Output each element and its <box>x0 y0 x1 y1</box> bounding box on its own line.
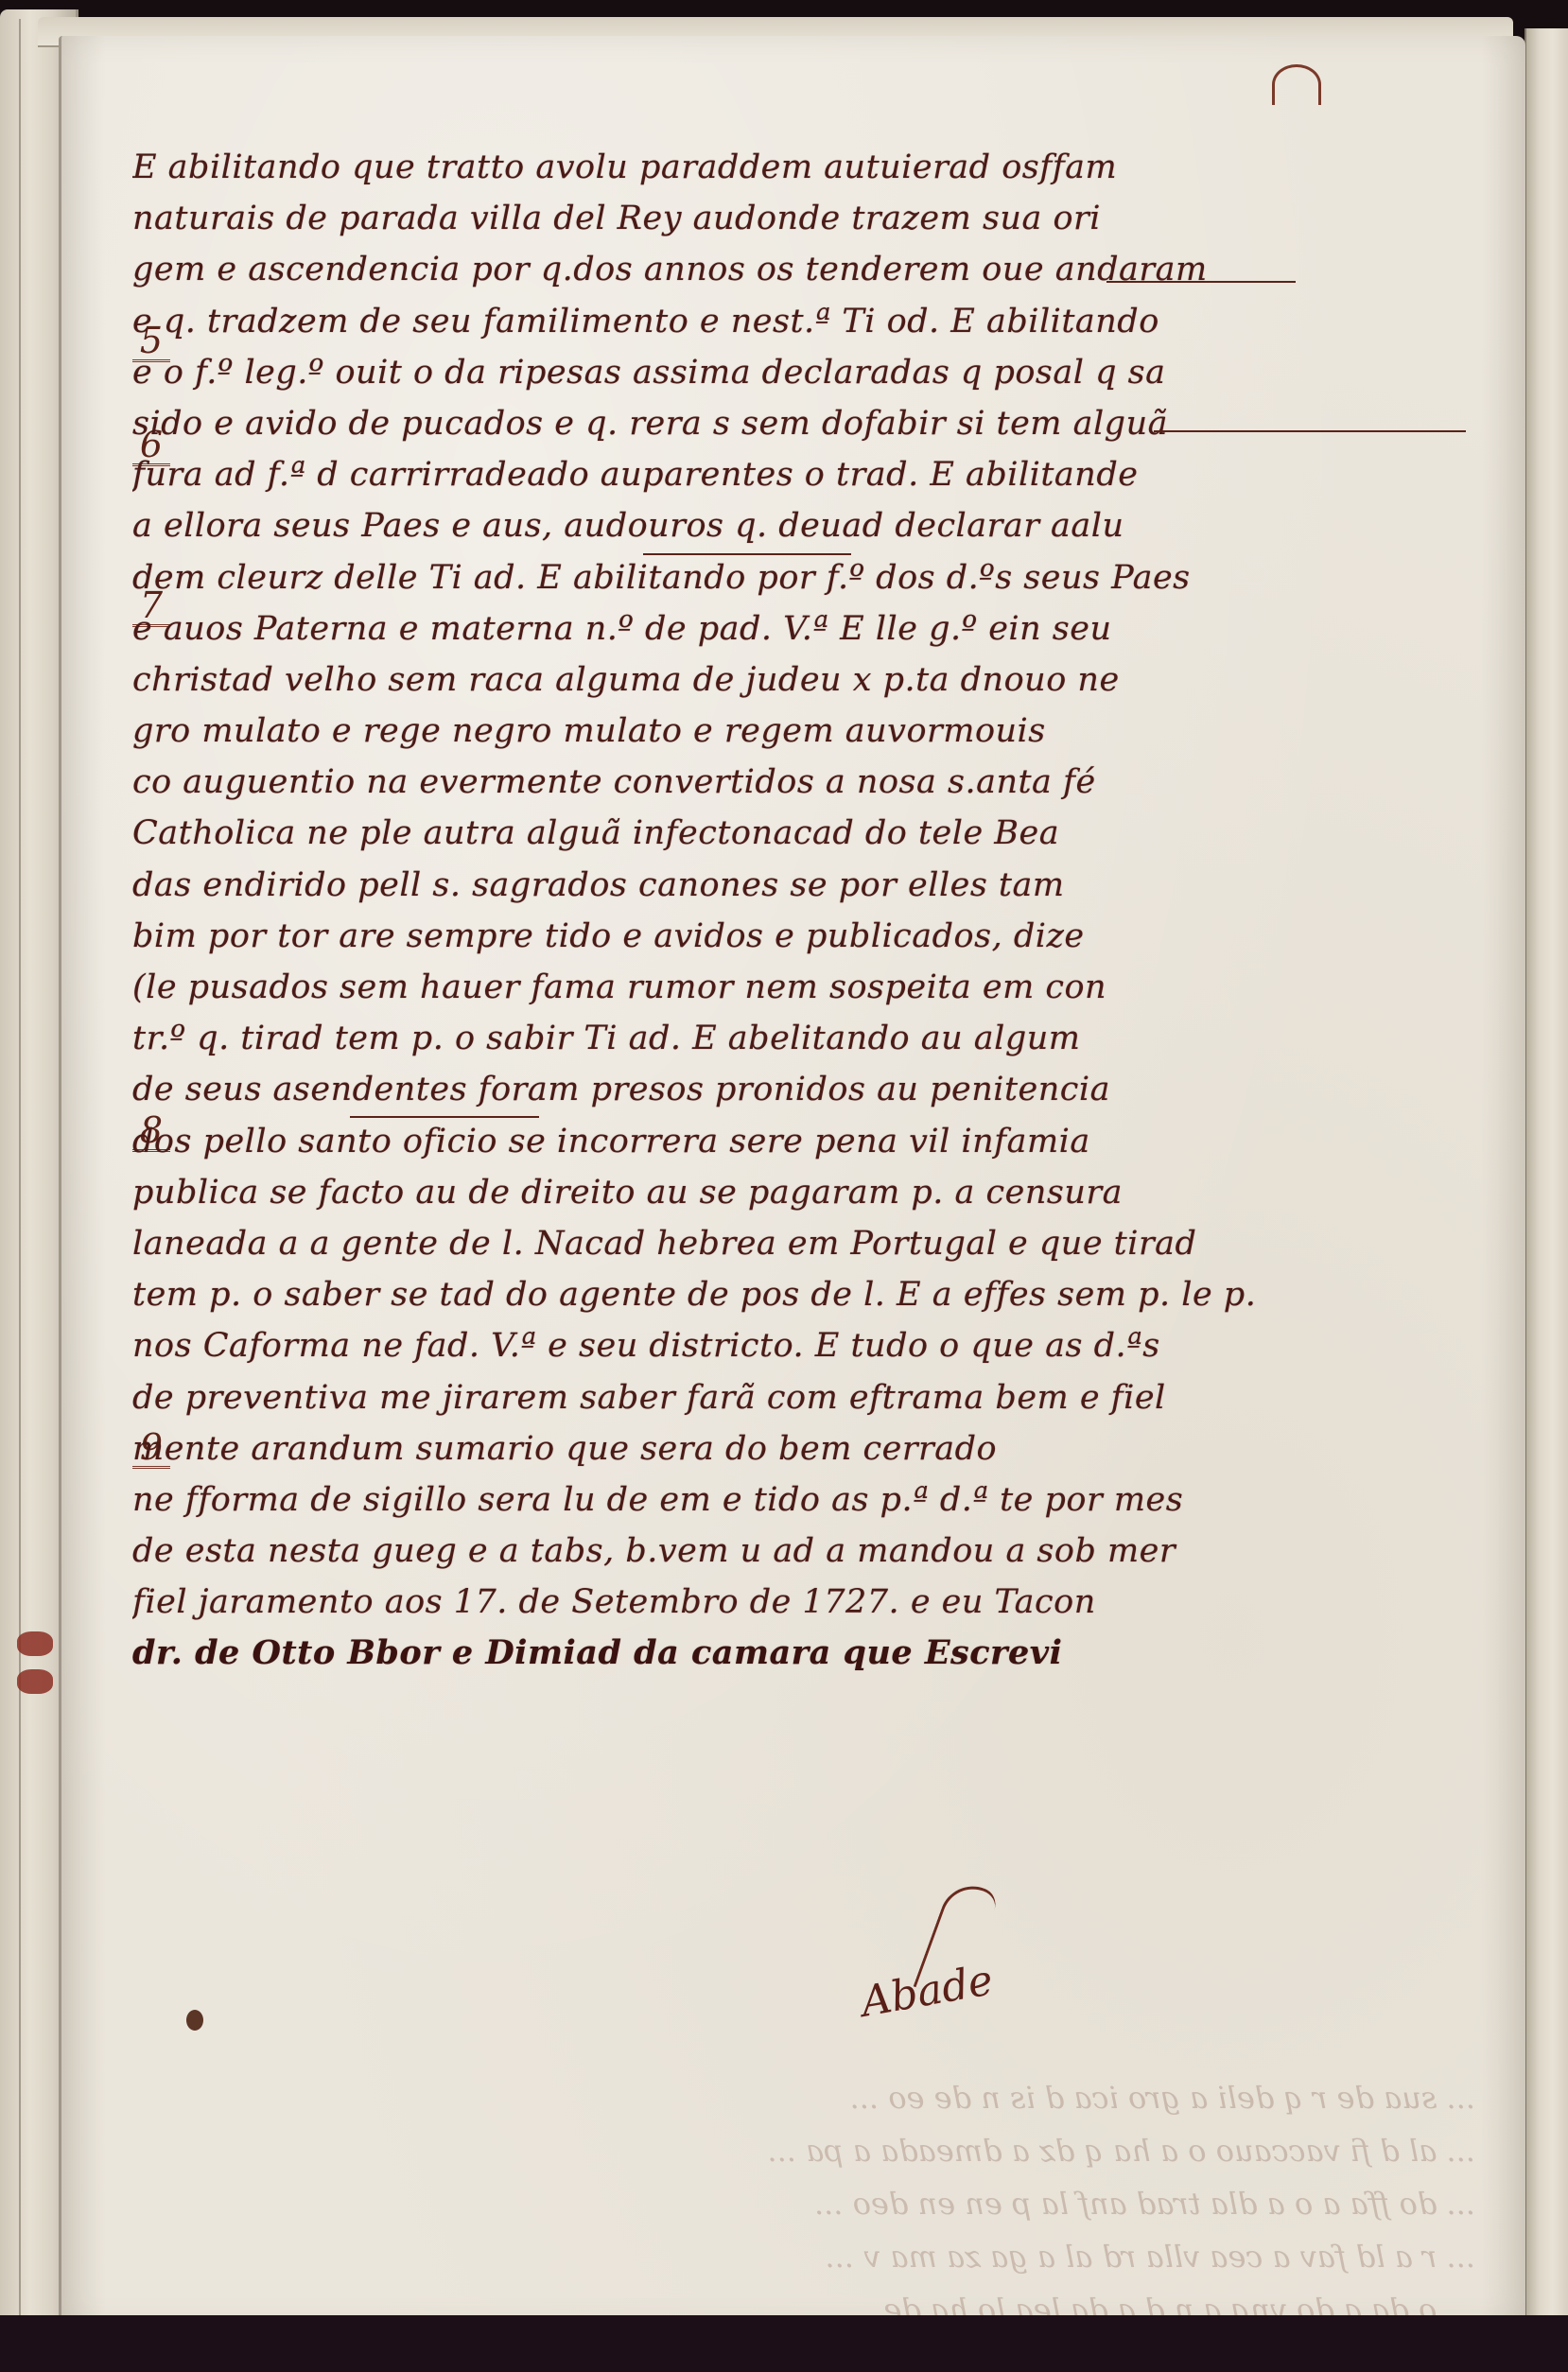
text-line: fura ad f.ª d carrirradeado auparentes o… <box>132 449 1504 500</box>
text-line: e q. tradzem de seu familimento e nest.ª… <box>132 296 1504 347</box>
text-line: de esta nesta gueg e a tabs, b.vem u ad … <box>132 1526 1504 1577</box>
text-line-date: fiel jaramento aos 17. de Setembro de 17… <box>132 1577 1504 1628</box>
text-line: naturais de parada villa del Rey audonde… <box>132 193 1504 244</box>
text-line: (le pusados sem hauer fama rumor nem sos… <box>132 962 1504 1013</box>
text-line: publica se facto au de direito au se pag… <box>132 1167 1504 1218</box>
text-line: gro mulato e rege negro mulato e regem a… <box>132 706 1504 757</box>
text-line-closing: dr. de Otto Bbor e Dimiad da camara que … <box>132 1628 1504 1679</box>
text-line: dos pello santo oficio se incorrera sere… <box>132 1116 1504 1167</box>
adjacent-leaf-right <box>1524 28 1568 2327</box>
text-line: tr.º q. tirad tem p. o sabir Ti ad. E ab… <box>132 1013 1504 1064</box>
text-line: bim por tor are sempre tido e avidos e p… <box>132 911 1504 962</box>
text-line: mente arandum sumario que sera do bem ce… <box>132 1423 1504 1474</box>
bleed-line: ... do ffa a o a dla trad anf la p en en… <box>170 2177 1475 2230</box>
underline-mark <box>1154 430 1466 432</box>
text-line: nos Caforma ne fad. V.ª e seu districto.… <box>132 1320 1504 1371</box>
text-line: e o f.º leg.º ouit o da ripesas assima d… <box>132 347 1504 398</box>
text-line: tem p. o saber se tad do agente de pos d… <box>132 1269 1504 1320</box>
underline-mark <box>643 553 851 555</box>
manuscript-text: E abilitando que tratto avolu paraddem a… <box>132 142 1504 1680</box>
text-line: sido e avido de pucados e q. rera s sem … <box>132 398 1504 449</box>
text-line: de seus asendentes foram presos pronidos… <box>132 1064 1504 1115</box>
ink-flourish <box>1272 64 1321 105</box>
text-line: ne fforma de sigillo sera lu de em e tid… <box>132 1474 1504 1526</box>
overline-mark <box>1106 281 1296 283</box>
overline-mark <box>350 1116 539 1118</box>
text-line: laneada a a gente de l. Nacad hebrea em … <box>132 1218 1504 1269</box>
manuscript-scene: 5 6 7 8 9 E abilitando que tratto avolu … <box>0 0 1568 2372</box>
text-line: christad velho sem raca alguma de judeu … <box>132 654 1504 706</box>
text-line: das endirido pell s. sagrados canones se… <box>132 860 1504 911</box>
bleed-through-text: ... sua de r q deli a gro ica d is n de … <box>170 2071 1475 2336</box>
text-line: e auos Paterna e materna n.º de pad. V.ª… <box>132 603 1504 654</box>
text-line: dem cleurz delle Ti ad. E abilitando por… <box>132 552 1504 603</box>
bleed-line: ... r a ld fav a cea vlla rd al a ga za … <box>170 2230 1475 2283</box>
wax-seal-fragment <box>17 1669 53 1694</box>
wax-seal-fragment <box>17 1631 53 1656</box>
bleed-line: ... al d fi vaccauo o a ha q dz a dmeada… <box>170 2124 1475 2177</box>
text-line: Catholica ne ple autra alguã infectonaca… <box>132 808 1504 859</box>
text-line: E abilitando que tratto avolu paraddem a… <box>132 142 1504 193</box>
text-line: a ellora seus Paes e aus, audouros q. de… <box>132 500 1504 551</box>
text-line: gem e ascendencia por q.dos annos os ten… <box>132 244 1504 295</box>
text-line: de preventiva me jirarem saber farã com … <box>132 1372 1504 1423</box>
background-cloth <box>0 2315 1568 2372</box>
bleed-line: ... sua de r q deli a gro ica d is n de … <box>170 2071 1475 2124</box>
ink-blot <box>186 2010 203 2031</box>
text-line: co auguentio na evermente convertidos a … <box>132 757 1504 808</box>
